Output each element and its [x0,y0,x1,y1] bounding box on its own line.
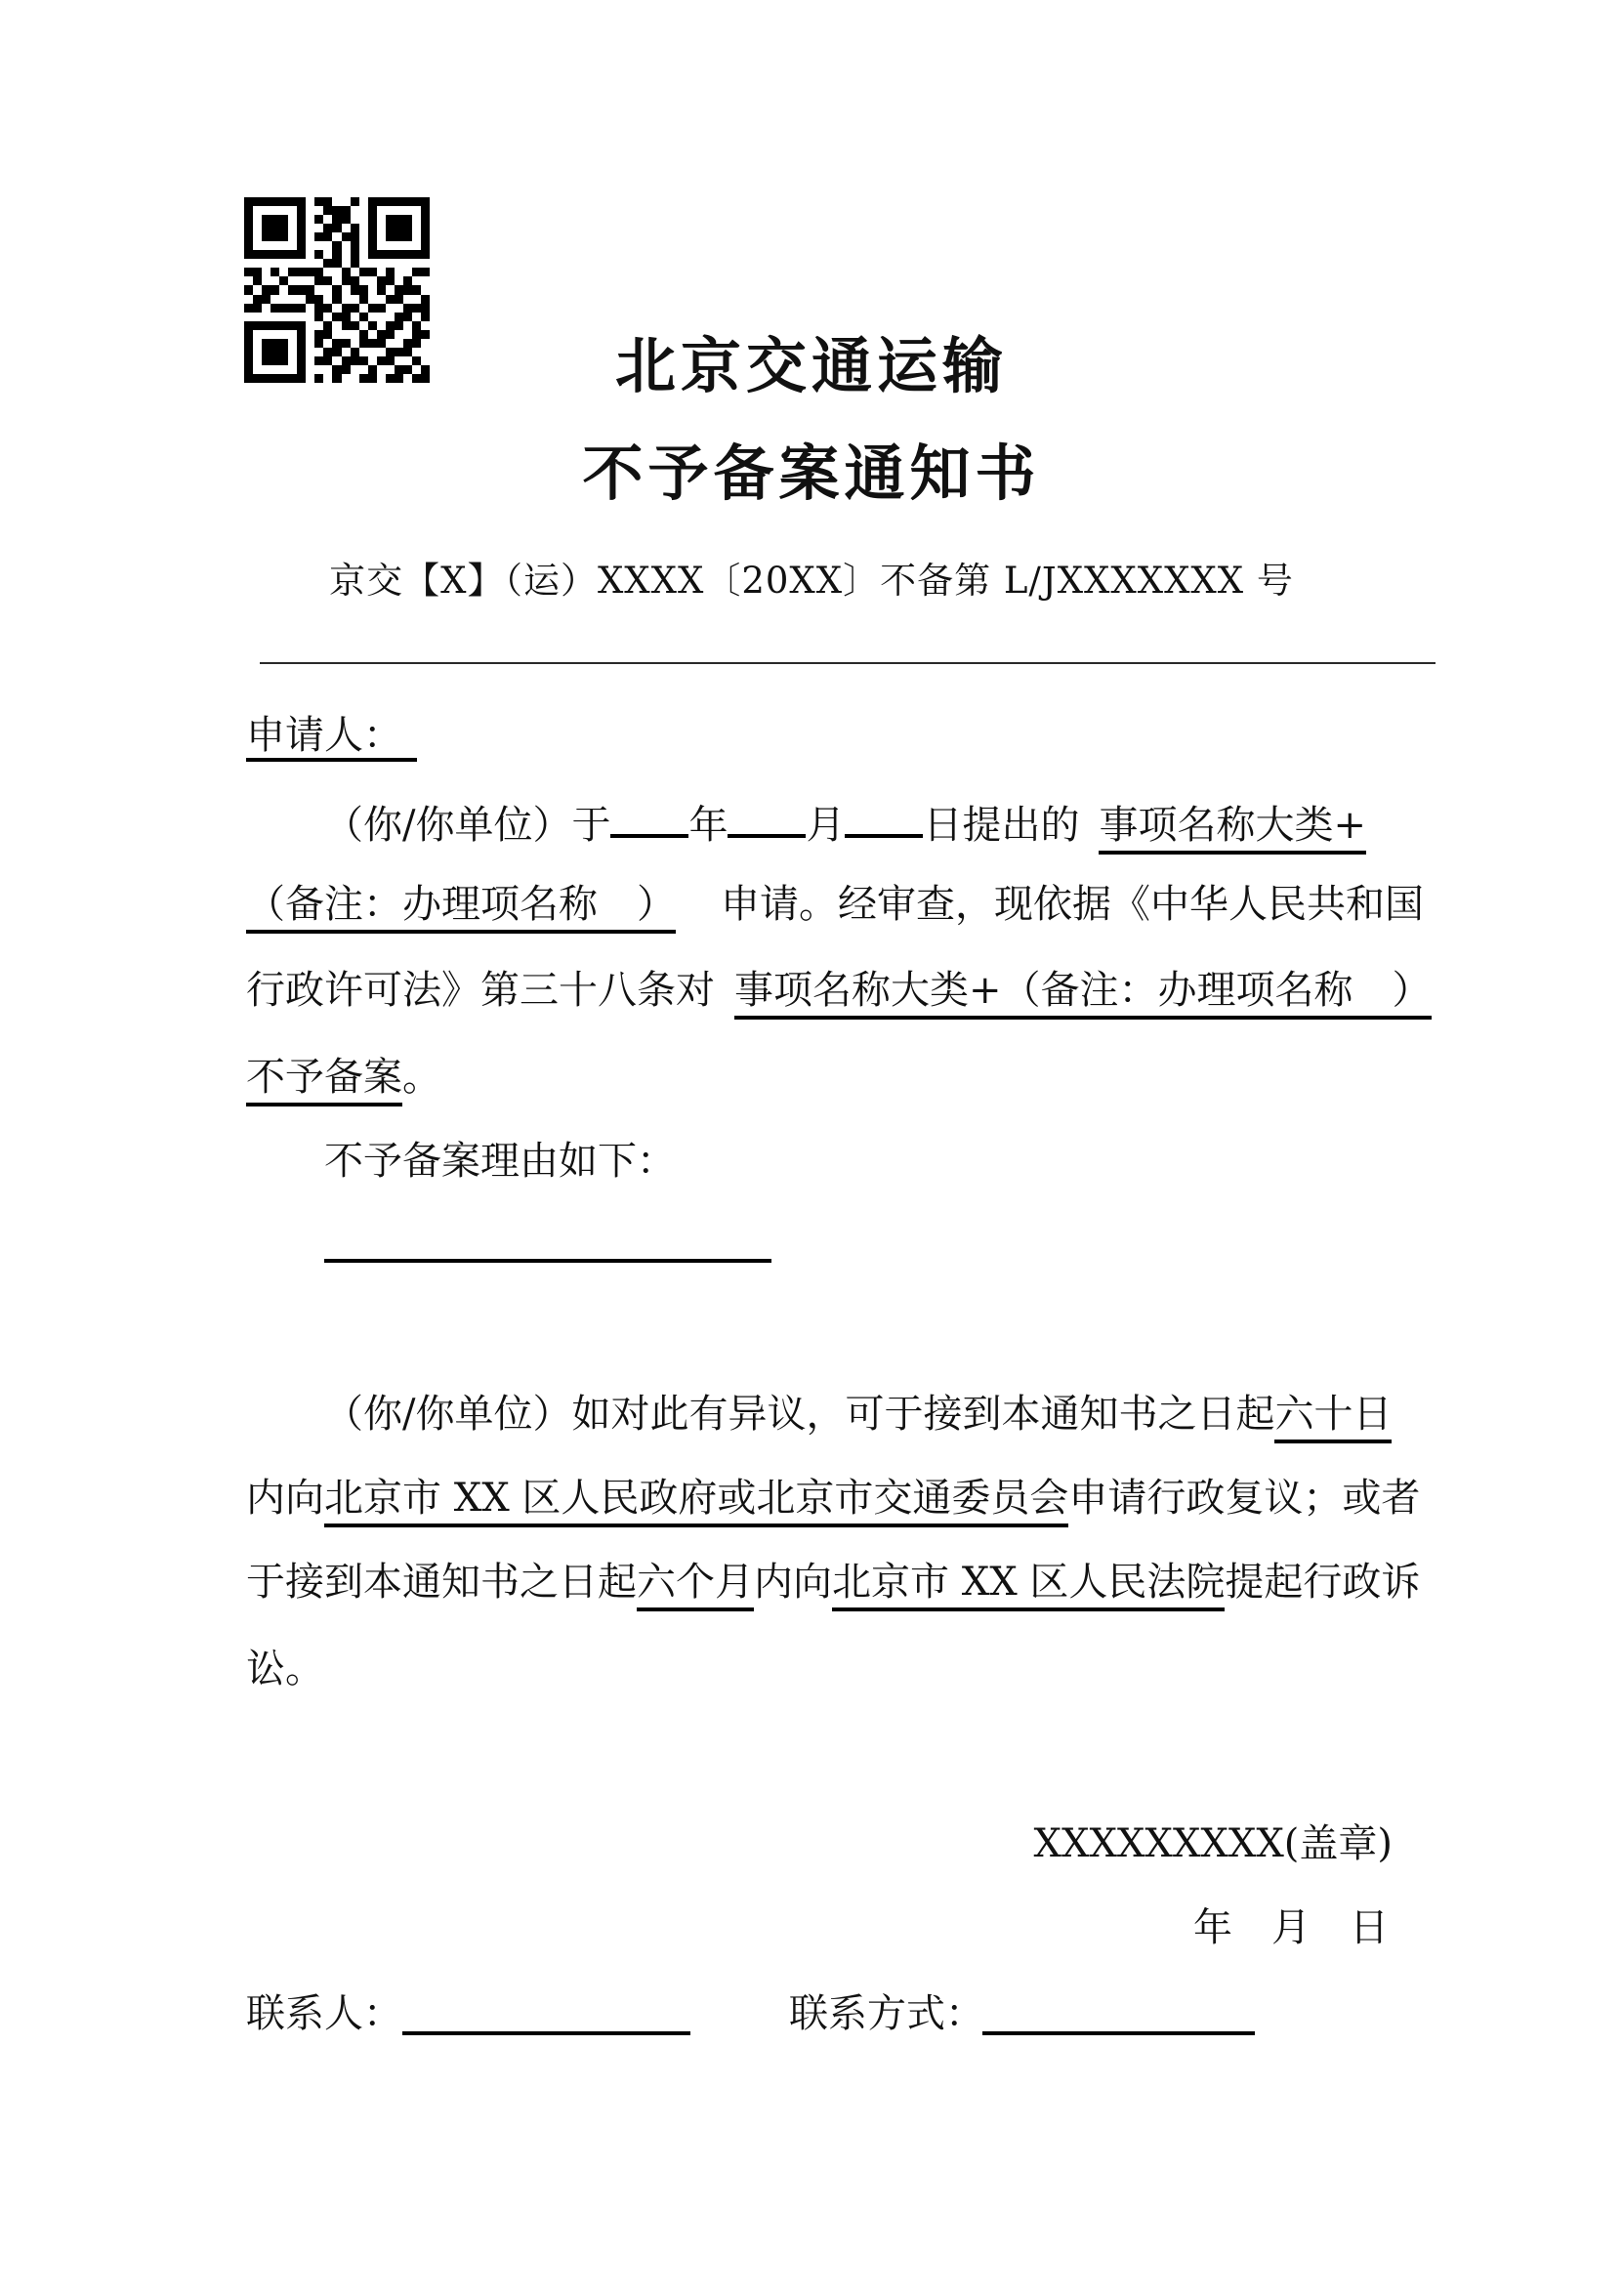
p2-seg5: 内向 [754,1560,832,1605]
conclusion-underlined: 不予备案 [246,1055,402,1106]
p2-seg4: 于接到本通知书之日起 [246,1560,637,1605]
fill-in-blank-contact-person [402,2031,690,2035]
applicant-line: 申请人： [246,716,417,762]
reason-label-line: 不予备案理由如下： [324,1142,676,1181]
p2-seg6: 提起行政诉 [1225,1560,1420,1605]
header-divider [260,662,1436,664]
p2-seg1: （你/你单位）如对此有异议，可于接到本通知书之日起 [324,1392,1274,1437]
paragraph1-line2: （备注：办理项名称 ）申请。经审查，现依据《中华人民共和国 [246,885,1424,924]
fill-in-blank-day [845,801,923,838]
applicant-label: 申请人： [246,716,417,762]
paragraph1-line4: 不予备案。 [246,1058,441,1097]
document-title-line1: 北京交通运输 [0,336,1623,397]
p1-period: 。 [402,1055,441,1100]
paragraph2-line1: （你/你单位）如对此有异议，可于接到本通知书之日起六十日 [324,1395,1392,1434]
contact-person-label: 联系人： [246,1994,402,2033]
document-number: 京交【X】（运）XXXX〔20XX〕不备第 L/JXXXXXXX 号 [0,563,1623,599]
signature-line: XXXXXXXXX(盖章) [0,1824,1393,1863]
reason-label: 不予备案理由如下： [324,1139,676,1184]
p1-year-label: 年 [688,803,728,848]
item-name-underlined: 事项名称大类+ [1099,803,1366,855]
date-ymd-label: 年 月 日 [1193,1905,1389,1950]
six-months-underlined: 六个月 [637,1560,754,1611]
document-page: 北京交通运输 不予备案通知书 京交【X】（运）XXXX〔20XX〕不备第 L/J… [0,0,1623,2296]
paragraph2-line3: 于接到本通知书之日起六个月内向北京市 XX 区人民法院提起行政诉 [246,1563,1420,1602]
p2-seg7: 讼。 [246,1647,324,1691]
court-underlined: 北京市 XX 区人民法院 [832,1560,1225,1611]
p2-seg3: 申请行政复议；或者 [1068,1476,1420,1521]
review-organs-underlined: 北京市 XX 区人民政府或北京市交通委员会 [324,1476,1068,1527]
item-note-underlined: （备注：办理项名称 ） [246,882,676,934]
paragraph2-line4: 讼。 [246,1649,324,1689]
fill-in-blank-year [610,801,688,838]
fill-in-blank-contact-method [982,2031,1255,2035]
p1-day-suffix: 日提出的 [923,803,1079,848]
p2-seg2: 内向 [246,1476,324,1521]
p1-seg2: 申请。经审查，现依据《中华人民共和国 [721,882,1424,927]
fill-in-blank-reason [324,1259,771,1263]
p1-seg1: （你/你单位）于 [324,803,610,848]
document-title-line2: 不予备案通知书 [0,443,1623,504]
p1-month-label: 月 [806,803,845,848]
item-name-note-underlined: 事项名称大类+（备注：办理项名称 ） [734,968,1432,1020]
paragraph1-line1: （你/你单位）于年月日提出的事项名称大类+ [324,801,1366,845]
sixty-days-underlined: 六十日 [1274,1392,1392,1443]
paragraph2-line2: 内向北京市 XX 区人民政府或北京市交通委员会申请行政复议；或者 [246,1479,1420,1518]
fill-in-blank-month [728,801,806,838]
signature-seal-label: XXXXXXXXX(盖章) [1034,1821,1394,1866]
paragraph1-line3: 行政许可法》第三十八条对事项名称大类+（备注：办理项名称 ） [246,971,1432,1010]
date-line: 年 月 日 [0,1908,1389,1947]
contact-method-label: 联系方式： [789,1994,984,2033]
p1-seg3: 行政许可法》第三十八条对 [246,968,715,1013]
